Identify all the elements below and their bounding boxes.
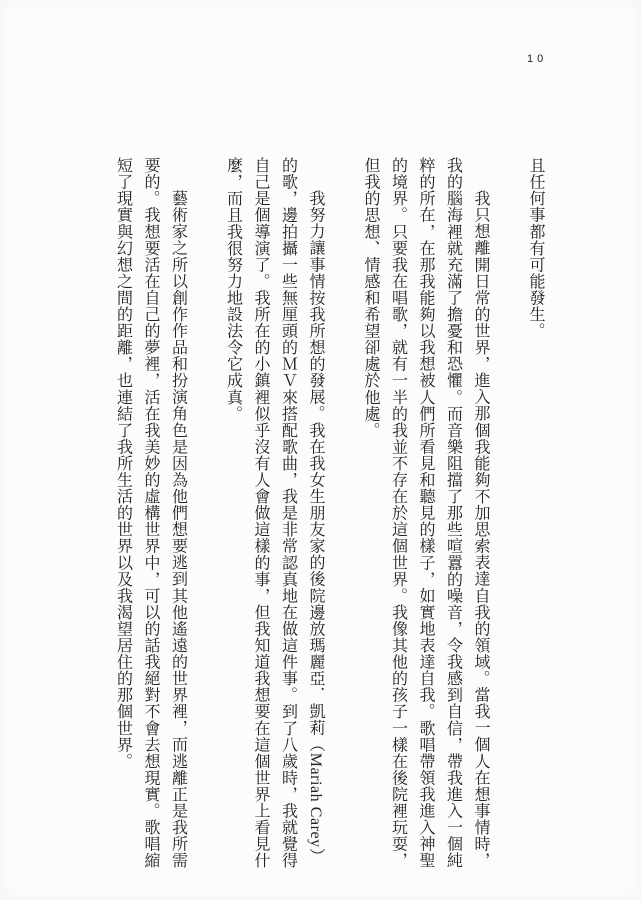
text-block: 且任何事都有可能發生。我只想離開日常的世界，進入那個我能夠不加思索表達自我的領域…	[109, 157, 549, 869]
paragraph: 我只想離開日常的世界，進入那個我能夠不加思索表達自我的領域。當我一個人在想事情時…	[357, 157, 495, 869]
paragraph: 藝術家之所以創作作品和扮演角色是因為他們想要逃到其他遙遠的世界裡，而逃離正是我所…	[109, 157, 192, 869]
page-number: 10	[527, 53, 547, 65]
paragraph: 且任何事都有可能發生。	[522, 157, 550, 869]
book-page: 10 且任何事都有可能發生。我只想離開日常的世界，進入那個我能夠不加思索表達自我…	[0, 0, 641, 900]
paragraph: 我努力讓事情按我所想的發展。我在我女生朋友家的後院邊放瑪麗亞．凱莉（Mariah…	[219, 157, 329, 869]
